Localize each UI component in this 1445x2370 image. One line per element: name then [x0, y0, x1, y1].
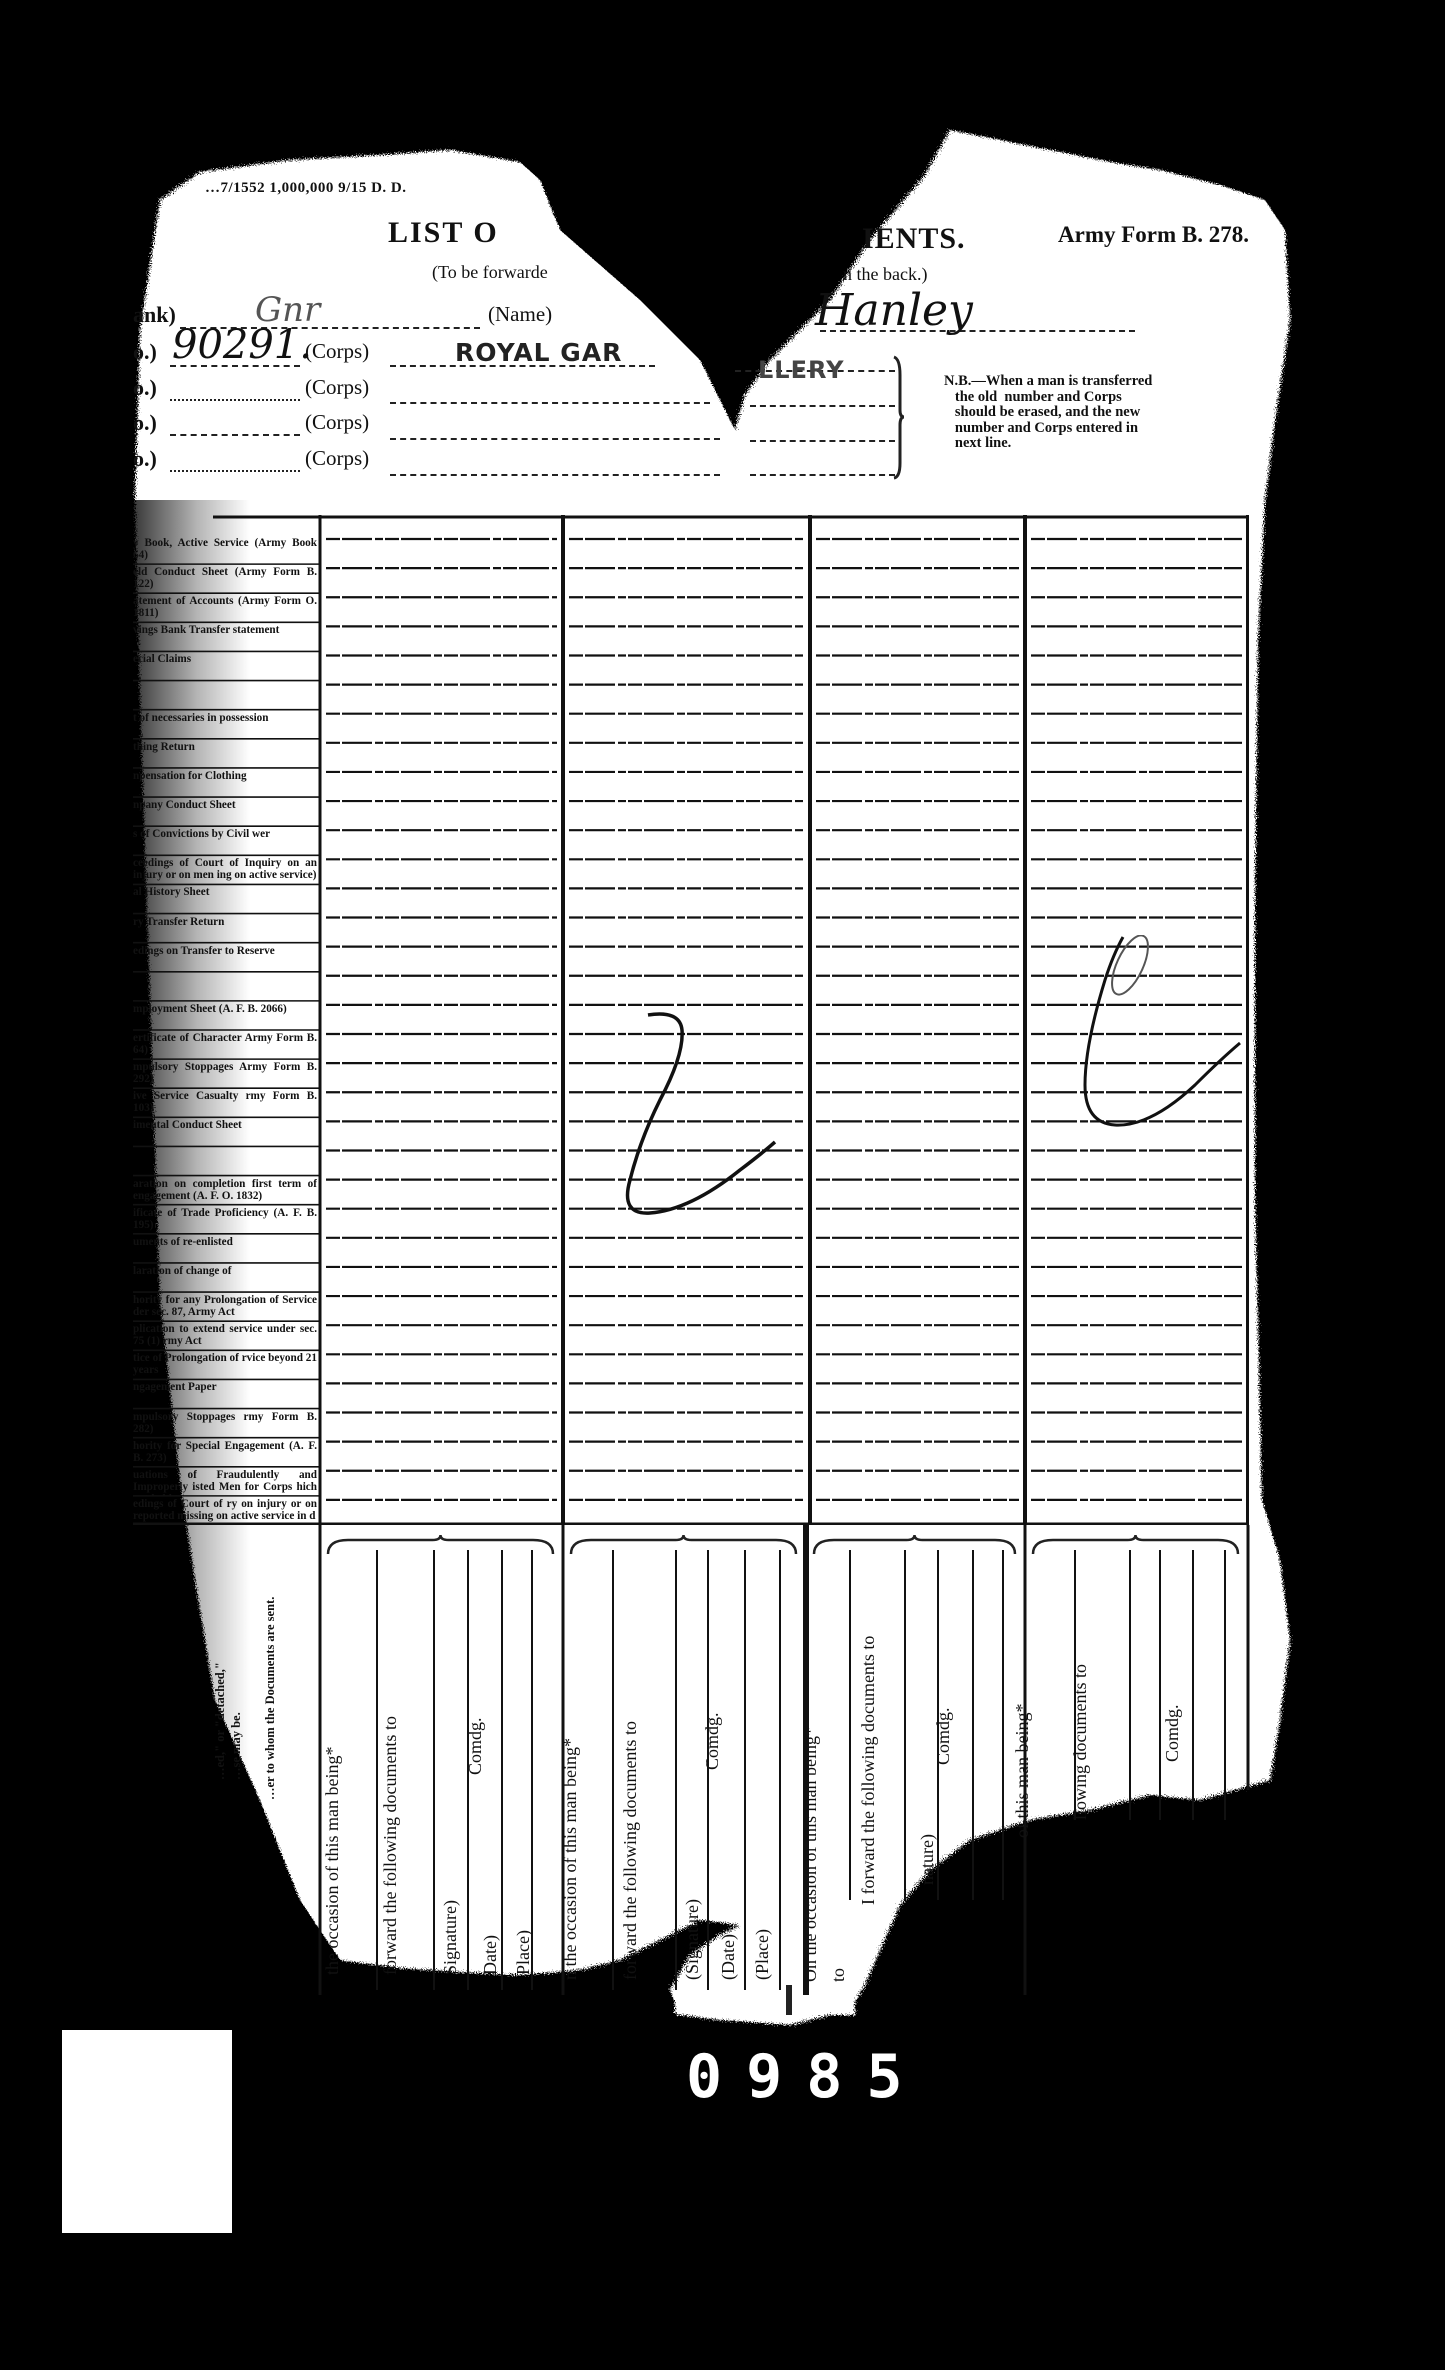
transfer-grid — [0, 0, 1445, 2370]
frame-counter: 0985 — [686, 2042, 927, 2112]
label-patch — [62, 2030, 232, 2233]
